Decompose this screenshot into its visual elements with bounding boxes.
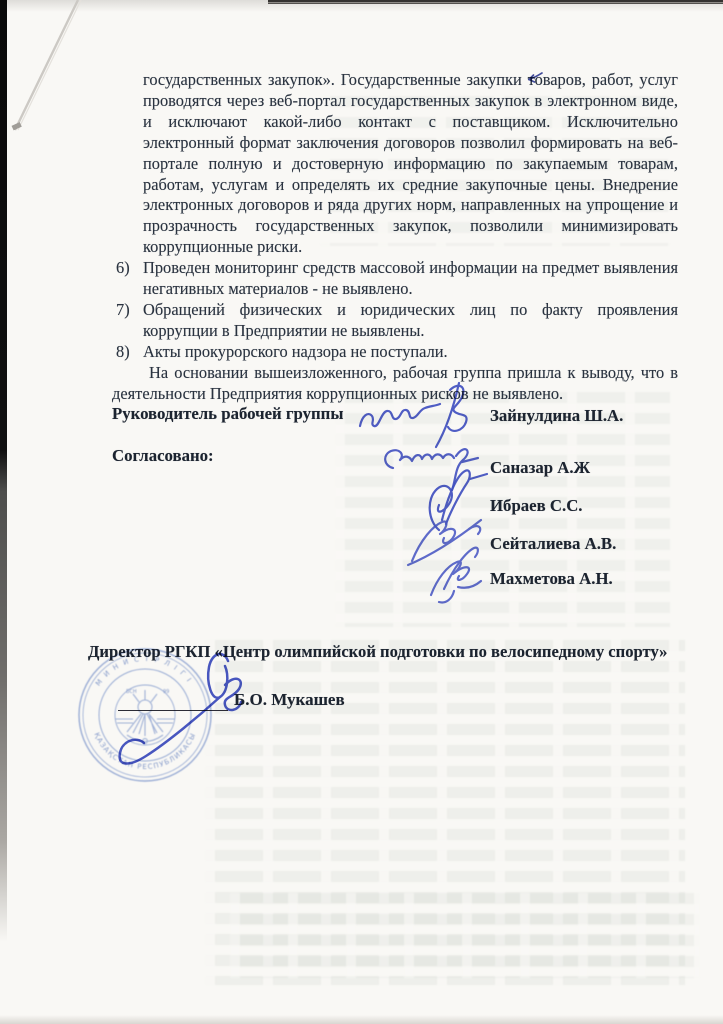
scan-bottom-edge bbox=[0, 1015, 723, 1024]
insertion-ink-mark bbox=[526, 70, 544, 86]
list-item-6: 6) Проведен мониторинг средств массовой … bbox=[112, 258, 678, 300]
signature-director bbox=[98, 645, 248, 775]
list-item-8: 8) Акты прокурорского надзора не поступа… bbox=[112, 342, 678, 363]
signature-seytalieva bbox=[408, 520, 481, 565]
bleedthrough-text-ghost bbox=[230, 893, 700, 978]
list-number: 8) bbox=[116, 342, 130, 363]
signatory-name: Махметова А.Н. bbox=[490, 569, 613, 589]
signature-zaynuldina bbox=[360, 383, 467, 447]
signature-sanazar bbox=[385, 449, 478, 490]
list-item-text: Акты прокурорского надзора не поступали. bbox=[143, 342, 678, 363]
list-item-text: Проведен мониторинг средств массовой инф… bbox=[143, 258, 678, 300]
list-item-text: Обращений физических и юридических лиц п… bbox=[143, 300, 678, 342]
director-name: Б.О. Мукашев bbox=[234, 690, 345, 710]
paragraph-continuation: государственных закупок». Государственны… bbox=[112, 70, 678, 258]
leader-label: Руководитель рабочей группы bbox=[112, 404, 343, 424]
scanned-document-page: государственных закупок». Государственны… bbox=[0, 0, 723, 1024]
signature-makhmetova bbox=[431, 548, 481, 603]
scan-top-edge bbox=[268, 0, 723, 5]
signatures-ink bbox=[338, 380, 508, 610]
scan-left-edge bbox=[0, 0, 7, 1024]
list-number: 7) bbox=[116, 300, 130, 321]
agreed-label: Согласовано: bbox=[112, 446, 214, 466]
signatory-name: Сейталиева А.В. bbox=[490, 534, 616, 554]
list-number: 6) bbox=[116, 258, 130, 279]
document-body: государственных закупок». Государственны… bbox=[112, 70, 678, 405]
leader-name: Зайнулдина Ш.А. bbox=[490, 406, 623, 426]
list-item-7: 7) Обращений физических и юридических ли… bbox=[112, 300, 678, 342]
page-corner-crease bbox=[0, 0, 100, 145]
